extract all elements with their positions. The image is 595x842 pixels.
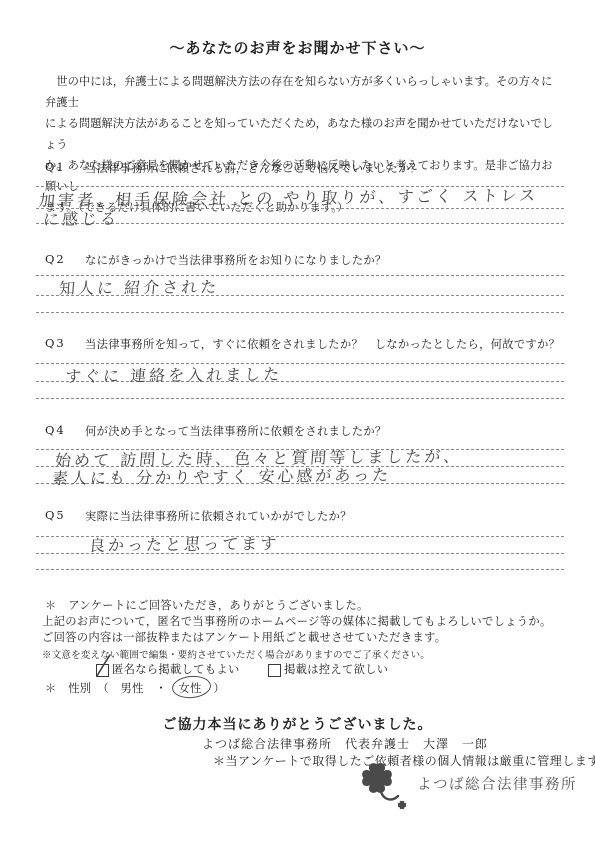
question-label-q1: Q1 (45, 160, 66, 174)
page-title: 〜あなたのお声をお聞かせ下さい〜 (0, 37, 595, 58)
question-text-q3: 当法律事務所を知って，すぐに依頼をされましたか？ しなかったとしたら，何故ですか… (85, 336, 560, 352)
question-text-q1: 当法律事務所に依頼される前，どんなことで悩んでいましたか？ (85, 160, 421, 176)
survey-page: 〜あなたのお声をお聞かせ下さい〜 世の中には，弁護士による問題解決方法の存在を知… (0, 0, 595, 842)
handwritten-answer-q5: 良かったと思ってます (88, 531, 280, 556)
intro-line: による問題解決方法があることを知っていただくため，あなた様のお声を聞かせていただ… (45, 113, 559, 155)
gender-selected-circled: 女性 (179, 680, 202, 696)
closing-thanks: ご協力本当にありがとうございました。 (0, 714, 595, 734)
survey-thanks-note: ＊ アンケートにご回答いただき，ありがとうございました。 (45, 597, 369, 613)
publication-request-line2: ご回答の内容は一部抜粋またはアンケート用紙ごと載せさせていただきます。 (42, 629, 446, 645)
firm-representative-line: よつば総合法律事務所 代表弁護士 大澤 一郎 (202, 735, 488, 752)
handwritten-answer-q2: 知人に 紹介された (58, 274, 220, 299)
gender-prefix: ＊ 性別 （ 男性 ・ (45, 682, 179, 695)
handwritten-answer-q1-line2: に感じる (42, 206, 120, 230)
firm-logo-text: よつば総合法律事務所 (417, 773, 577, 794)
question-label-q4: Q4 (45, 423, 66, 437)
handwritten-check-mark (93, 653, 113, 679)
intro-line: 世の中には，弁護士による問題解決方法の存在を知らない方が多くいらっしゃいます。そ… (45, 71, 559, 113)
checkbox-decline-label: 掲載は控えて欲しい (284, 661, 388, 677)
answer-ruled-line (36, 398, 564, 399)
question-text-q5: 実際に当法律事務所に依頼されていかがでしたか？ (85, 508, 352, 524)
answer-ruled-line (36, 312, 564, 313)
checkbox-decline-publication (268, 664, 281, 677)
question-text-q4: 何が決め手となって当法律事務所に依頼をされましたか？ (85, 423, 387, 439)
handwritten-answer-q4-line2: 素人にも 分かりやすく 安心感があった (51, 462, 392, 489)
question-text-q2: なにがきっかけで当法律事務所をお知りになりましたか？ (85, 252, 387, 268)
handwritten-answer-q3: すぐに 連絡を入れました (64, 362, 283, 387)
four-leaf-clover-icon (355, 761, 413, 813)
publication-request-line1: 上記のお声について，匿名で当事務所のホームページ等の媒体に掲載してもよろしいでし… (42, 613, 552, 629)
question-label-q5: Q5 (45, 508, 66, 522)
question-label-q2: Q2 (45, 252, 66, 266)
gender-row: ＊ 性別 （ 男性 ・ 女性 ） (45, 680, 225, 696)
question-label-q3: Q3 (45, 336, 66, 350)
checkbox-allow-label: 匿名なら掲載してもよい (112, 661, 240, 677)
answer-ruled-line (36, 569, 564, 570)
